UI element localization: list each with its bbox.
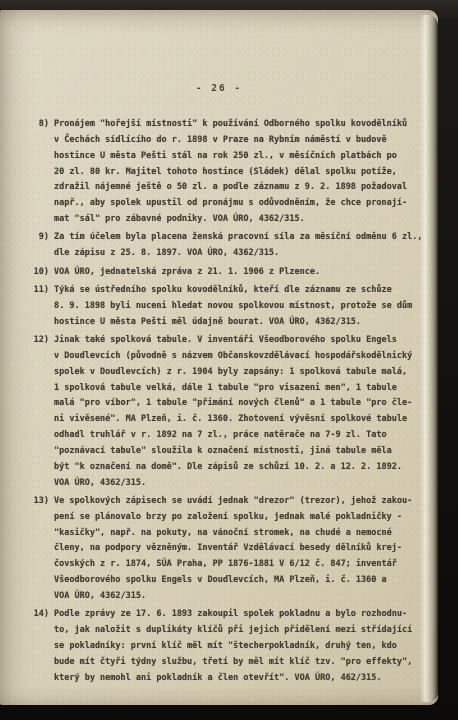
text-line: "kasičky", např. na pokuty, na vánoční s…	[54, 526, 428, 542]
page-number: - 26 -	[0, 83, 438, 94]
text-line: 8. 9. 1898 byli nuceni hledat novou spol…	[54, 299, 428, 315]
footnote-lines: Podle zprávy ze 17. 6. 1893 zakoupil spo…	[54, 607, 428, 686]
footnote: 10) VOA ÚRO, jednatelská zpráva z 21. 1.…	[33, 265, 428, 281]
text-line: v Čechách sídlícího do r. 1898 v Praze n…	[54, 133, 428, 149]
footnote-number: 12)	[33, 333, 49, 349]
text-line: Týká se ústředního spolku kovodělníků, k…	[54, 283, 428, 299]
scanned-book-photo: - 26 - 8) Pronájem "hořejší místnosti" k…	[0, 0, 458, 720]
footnote: 11) Týká se ústředního spolku kovodělník…	[33, 283, 428, 331]
text-line: 20 zl. 80 kr. Majitel tohoto hostince (S…	[54, 165, 428, 181]
footnote: 9) Za tím účelem byla placena ženská pra…	[33, 230, 428, 262]
book-page: - 26 - 8) Pronájem "hořejší místnosti" k…	[0, 10, 438, 705]
text-line: pení se plánovalo brzy po založení spolk…	[54, 510, 428, 526]
text-line: mat "sál" pro zábavné podniky. VOA ÚRO, …	[54, 212, 428, 228]
footnote: 14) Podle zprávy ze 17. 6. 1893 zakoupil…	[33, 607, 428, 686]
text-line: být "k označení na domě". Dle zápisů ze …	[54, 460, 428, 476]
text-line: odhadl truhlář v r. 1892 na 7 zl., práce…	[54, 428, 428, 444]
text-line: Ve spolkových zápisech se uvádí jednak "…	[54, 494, 428, 510]
footnote-lines: Pronájem "hořejší místnosti" k používání…	[54, 117, 428, 228]
text-line: se pokladníky: první klíč měl mít "štech…	[54, 639, 428, 655]
text-line: VOA ÚRO, 4362/315.	[54, 589, 428, 605]
text-line: členy, na podpory vězněným. Inventář Vzd…	[54, 541, 428, 557]
text-line: Za tím účelem byla placena ženská pracov…	[54, 230, 428, 246]
footnote-lines: Jinak také spolková tabule. V inventáři …	[54, 333, 428, 491]
text-line: bude mít čtyři týdny službu, třetí by mě…	[54, 655, 428, 671]
footnote: 8) Pronájem "hořejší místnosti" k použív…	[33, 117, 428, 228]
text-line: Podle zprávy ze 17. 6. 1893 zakoupil spo…	[54, 607, 428, 623]
text-line: např., aby spolek upustil od pronájmu s …	[54, 196, 428, 212]
footnote-number: 13)	[33, 494, 49, 510]
text-line: Pronájem "hořejší místnosti" k používání…	[54, 117, 428, 133]
footnote-number: 8)	[33, 117, 49, 133]
footnote-number: 11)	[33, 283, 49, 299]
text-line: hostince U města Pešti měl údajně bourat…	[54, 315, 428, 331]
text-line: ni vivěsené". MA Plzeň, i. č. 1360. Zhot…	[54, 412, 428, 428]
text-line: hostince U města Pešti stál na rok 250 z…	[54, 149, 428, 165]
text-line: Všeodborového spolku Engels v Doudlevcíc…	[54, 573, 428, 589]
footnote-number: 10)	[33, 265, 49, 281]
footnote-lines: Týká se ústředního spolku kovodělníků, k…	[54, 283, 428, 331]
text-line: 1 spolková tabule velká, dále 1 tabule "…	[54, 381, 428, 397]
text-line: to, jak naložit s duplikáty klíčů při je…	[54, 623, 428, 639]
text-line: čovských z r. 1874, SÚA Praha, PP 1876-1…	[54, 557, 428, 573]
text-line: Jinak také spolková tabule. V inventáři …	[54, 333, 428, 349]
footnote-lines: VOA ÚRO, jednatelská zpráva z 21. 1. 190…	[54, 265, 428, 281]
text-line: VOA ÚRO, jednatelská zpráva z 21. 1. 190…	[54, 265, 428, 281]
footnote-number: 14)	[33, 607, 49, 623]
text-line: v Doudlevcích (původně s názvem Občansko…	[54, 349, 428, 365]
page-edge	[420, 15, 438, 702]
text-line: VOA ÚRO, 4362/315.	[54, 476, 428, 492]
footnotes-list: 8) Pronájem "hořejší místnosti" k použív…	[33, 117, 428, 687]
footnote: 12) Jinak také spolková tabule. V invent…	[33, 333, 428, 491]
footnote-lines: Ve spolkových zápisech se uvádí jednak "…	[54, 494, 428, 605]
text-line: spolek v Doudlevcích) z r. 1904 byly zap…	[54, 365, 428, 381]
text-line: zdražil nájemné ještě o 50 zl. a podle z…	[54, 180, 428, 196]
text-line: malá "pro víbor", 1 tabule "přimání nový…	[54, 396, 428, 412]
footnote: 13) Ve spolkových zápisech se uvádí jedn…	[33, 494, 428, 605]
text-line: dle zápisu z 25. 8. 1897. VOA ÚRO, 4362/…	[54, 246, 428, 262]
footnote-number: 9)	[33, 230, 49, 246]
text-line: "poznávací tabule" sloužila k označení m…	[54, 444, 428, 460]
footnote-lines: Za tím účelem byla placena ženská pracov…	[54, 230, 428, 262]
text-line: který by nemohl ani pokladník a člen ote…	[54, 671, 428, 687]
